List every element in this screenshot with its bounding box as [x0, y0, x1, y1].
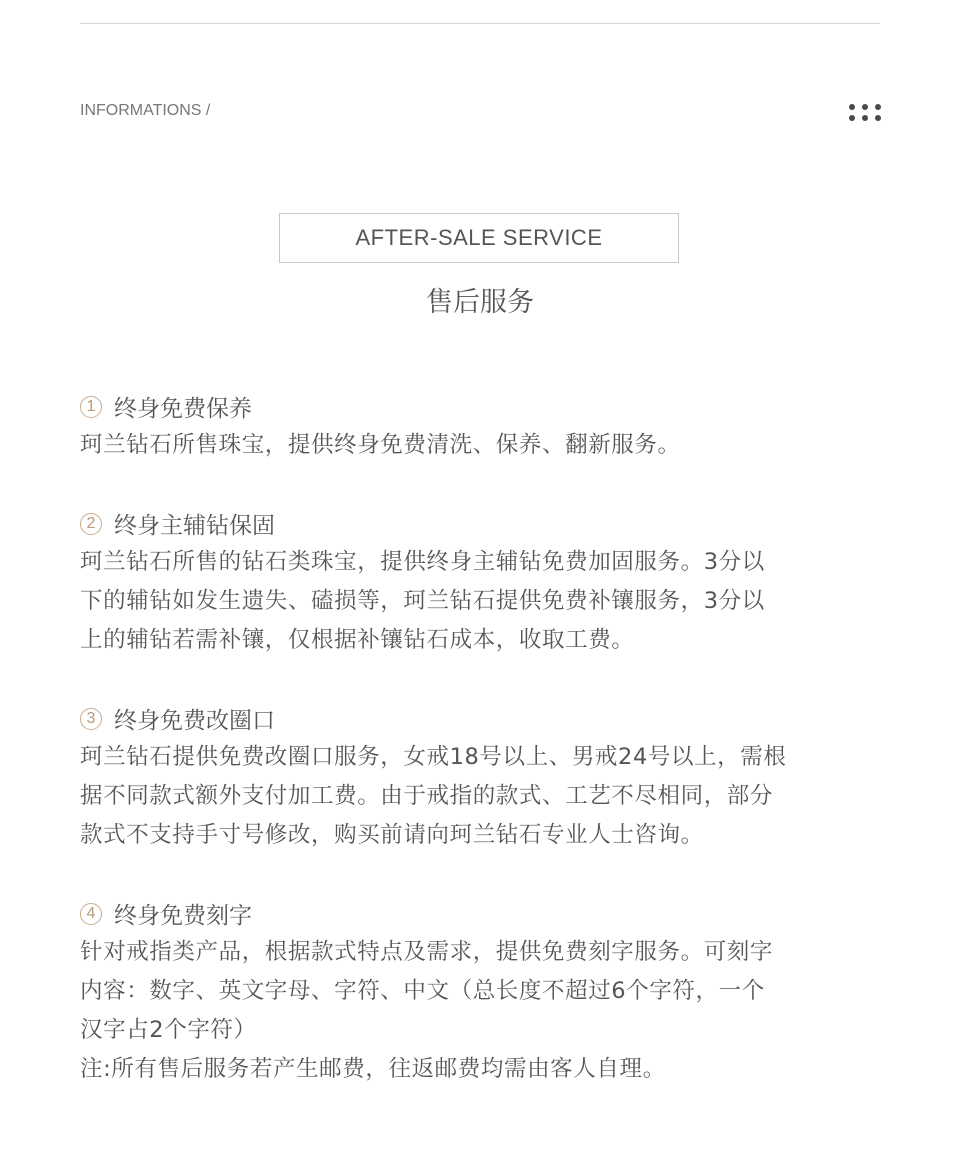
- service-heading: 3 终身免费改圈口: [80, 699, 888, 738]
- service-line: 珂兰钻石所售珠宝，提供终身免费清洗、保养、翻新服务。: [80, 426, 888, 465]
- service-line: 内容：数字、英文字母、字符、中文（总长度不超过6个字符，一个: [80, 972, 888, 1011]
- service-item-4: 4 终身免费刻字 针对戒指类产品，根据款式特点及需求，提供免费刻字服务。可刻字 …: [80, 894, 888, 1089]
- circled-number-icon: 4: [80, 903, 102, 925]
- service-line: 下的辅钻如发生遗失、磕损等，珂兰钻石提供免费补镶服务，3分以: [80, 582, 888, 621]
- section-title-en: AFTER-SALE SERVICE: [279, 213, 679, 263]
- section-title-cn: 售后服务: [0, 280, 960, 319]
- service-line: 珂兰钻石所售的钻石类珠宝，提供终身主辅钻免费加固服务。3分以: [80, 543, 888, 582]
- service-line: 上的辅钻若需补镶，仅根据补镶钻石成本，收取工费。: [80, 621, 888, 660]
- section-title-en-text: AFTER-SALE SERVICE: [356, 225, 603, 251]
- grid-dots-icon[interactable]: [849, 104, 881, 124]
- service-line: 针对戒指类产品，根据款式特点及需求，提供免费刻字服务。可刻字: [80, 933, 888, 972]
- service-heading-text: 终身主辅钻保固: [114, 507, 275, 540]
- service-heading: 2 终身主辅钻保固: [80, 504, 888, 543]
- breadcrumb: INFORMATIONS /: [80, 102, 210, 120]
- service-line: 据不同款式额外支付加工费。由于戒指的款式、工艺不尽相同，部分: [80, 777, 888, 816]
- service-heading: 4 终身免费刻字: [80, 894, 888, 933]
- service-note: 注:所有售后服务若产生邮费，往返邮费均需由客人自理。: [80, 1050, 888, 1089]
- service-list: 1 终身免费保养 珂兰钻石所售珠宝，提供终身免费清洗、保养、翻新服务。 2 终身…: [80, 387, 888, 1128]
- service-item-2: 2 终身主辅钻保固 珂兰钻石所售的钻石类珠宝，提供终身主辅钻免费加固服务。3分以…: [80, 504, 888, 660]
- service-line: 珂兰钻石提供免费改圈口服务，女戒18号以上、男戒24号以上，需根: [80, 738, 888, 777]
- service-heading-text: 终身免费刻字: [114, 897, 252, 930]
- service-heading-text: 终身免费改圈口: [114, 702, 275, 735]
- service-heading: 1 终身免费保养: [80, 387, 888, 426]
- service-line: 款式不支持手寸号修改，购买前请向珂兰钻石专业人士咨询。: [80, 816, 888, 855]
- service-item-3: 3 终身免费改圈口 珂兰钻石提供免费改圈口服务，女戒18号以上、男戒24号以上，…: [80, 699, 888, 855]
- top-divider: [80, 23, 880, 24]
- circled-number-icon: 1: [80, 396, 102, 418]
- service-item-1: 1 终身免费保养 珂兰钻石所售珠宝，提供终身免费清洗、保养、翻新服务。: [80, 387, 888, 465]
- service-heading-text: 终身免费保养: [114, 390, 252, 423]
- circled-number-icon: 3: [80, 708, 102, 730]
- circled-number-icon: 2: [80, 513, 102, 535]
- service-line: 汉字占2个字符）: [80, 1011, 888, 1050]
